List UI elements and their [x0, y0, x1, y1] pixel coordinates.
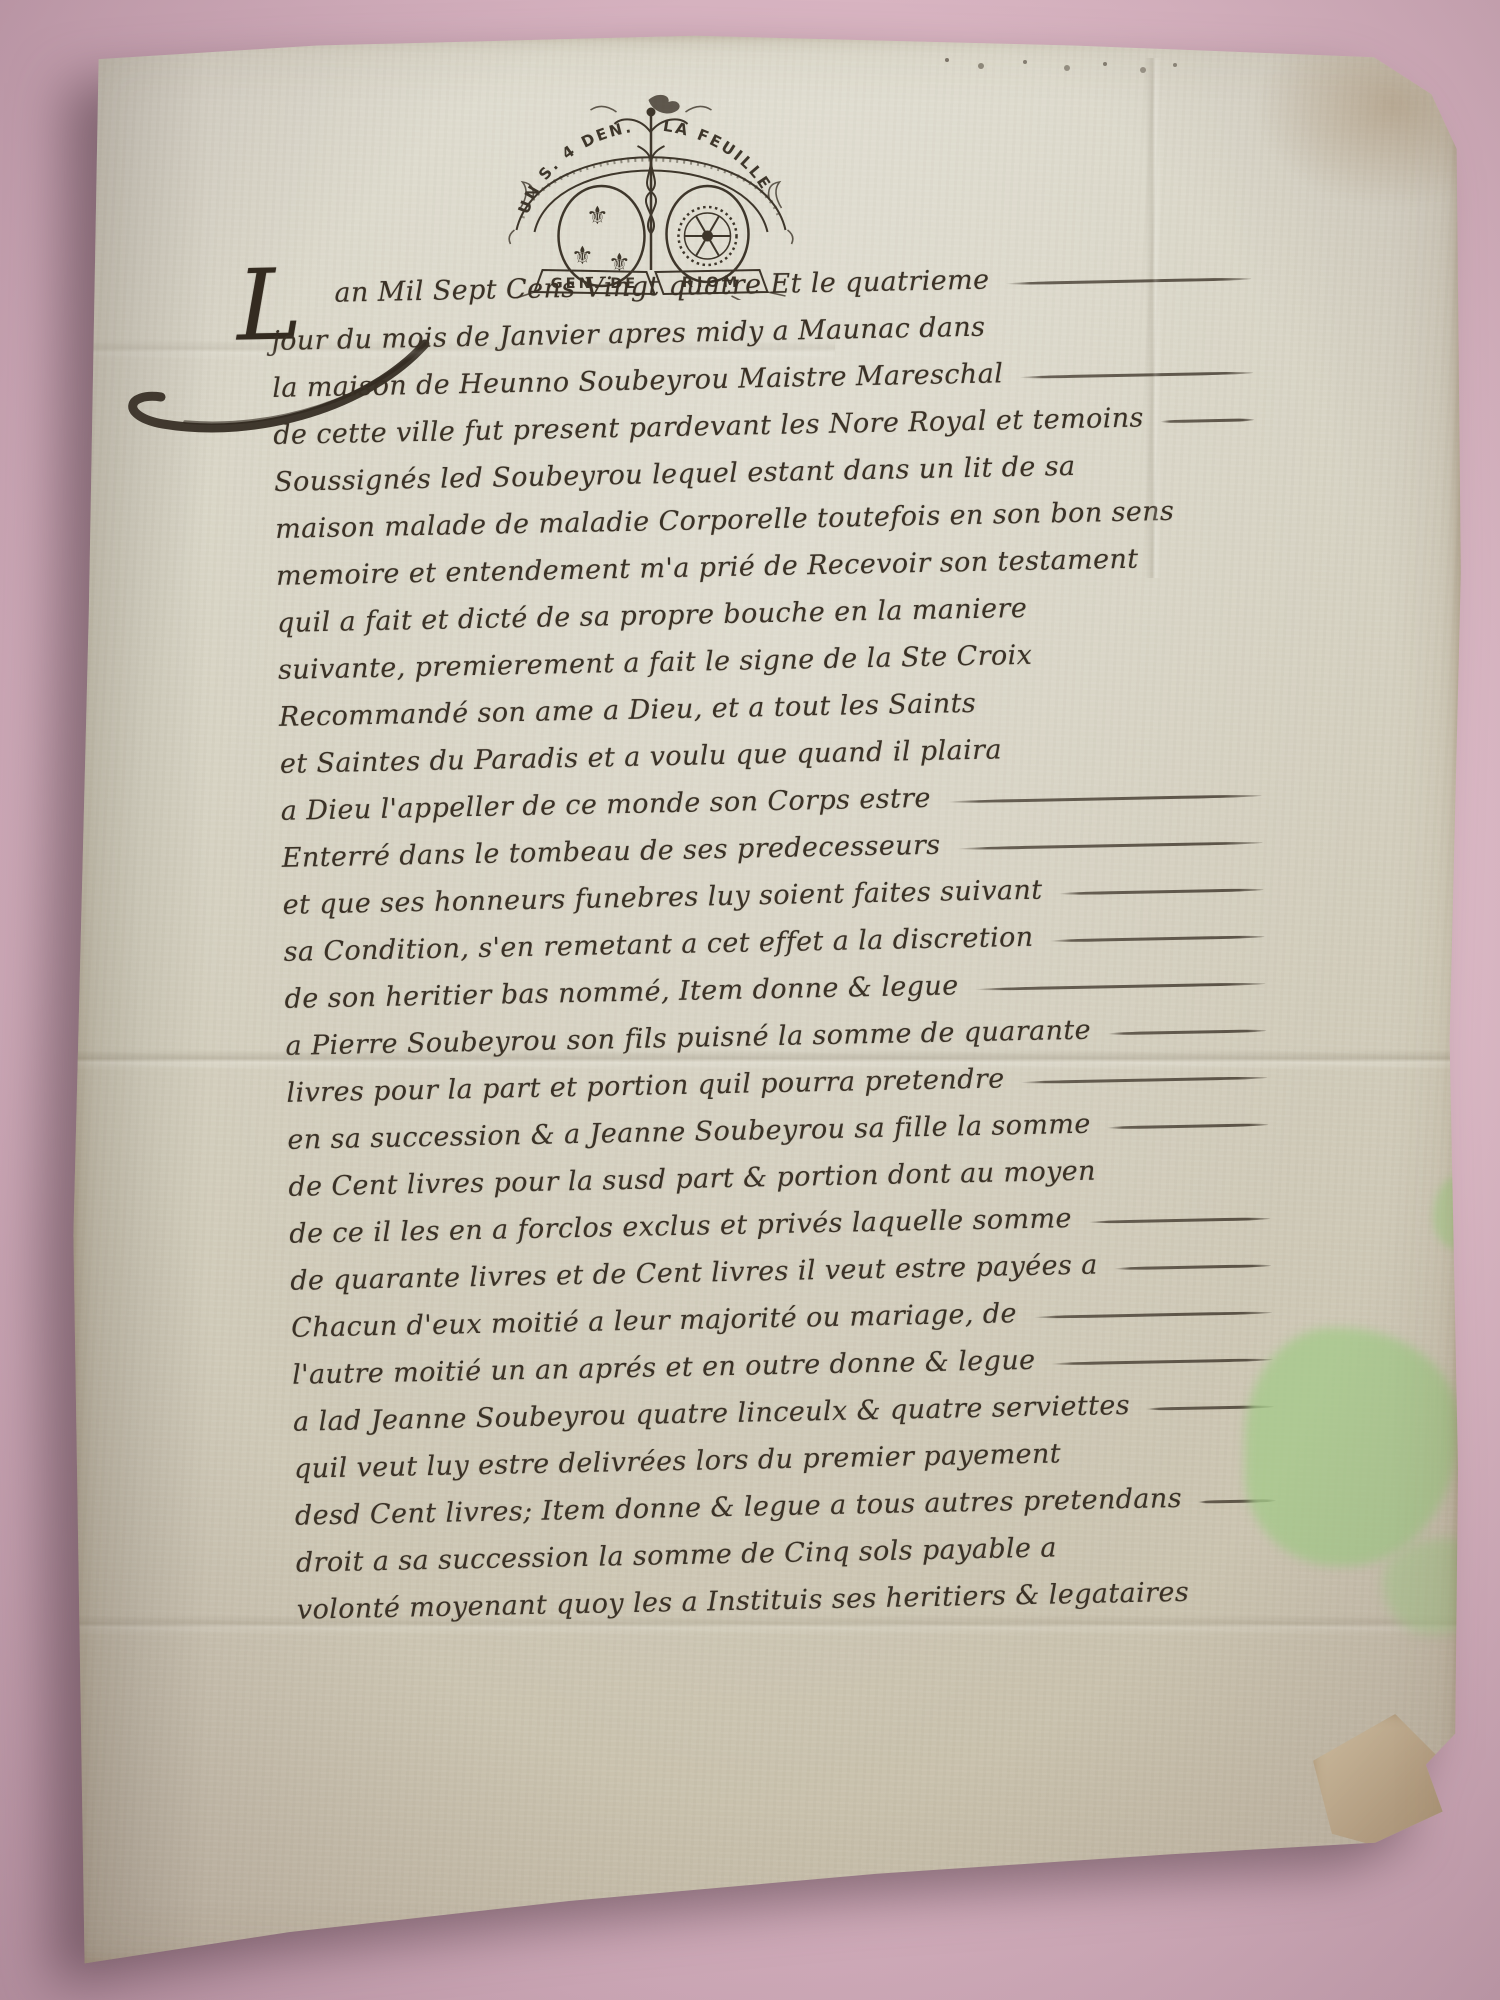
line-end-dash	[1107, 1123, 1269, 1129]
manuscript-text: Lan Mil Sept Cens Vingt quatre Et le qua…	[270, 251, 1282, 1633]
line-end-dash	[1146, 1405, 1274, 1411]
line-end-dash	[1033, 1311, 1272, 1319]
paper-sheet: UN S. 4 DEN. LA FEUILLE ⚜ ⚜ ⚜	[65, 28, 1465, 1975]
torn-corner-flap	[1313, 1714, 1471, 1860]
line-end-dash	[1059, 888, 1264, 895]
bottom-stain	[995, 1873, 1165, 1919]
corner-stain	[1255, 38, 1485, 208]
manuscript-page: UN S. 4 DEN. LA FEUILLE ⚜ ⚜ ⚜	[65, 28, 1465, 1975]
photo-scene: UN S. 4 DEN. LA FEUILLE ⚜ ⚜ ⚜	[0, 0, 1500, 2000]
line-end-dash	[947, 794, 1262, 803]
line-end-dash	[1050, 935, 1265, 942]
line-end-dash	[975, 982, 1266, 991]
line-end-dash	[1198, 1499, 1276, 1504]
edge-speckles	[945, 58, 949, 62]
line-end-dash	[1160, 418, 1254, 423]
line-end-dash	[1021, 1076, 1268, 1084]
line-end-dash	[957, 841, 1263, 850]
stamp-arc-left-text: UN S. 4 DEN.	[515, 118, 635, 217]
svg-text:⚜: ⚜	[586, 201, 608, 230]
green-stain-small	[1433, 1176, 1485, 1250]
line-end-dash	[1114, 1264, 1271, 1270]
left-edge-shading	[65, 28, 255, 1975]
green-stain-tail	[1383, 1538, 1500, 1634]
line-end-dash	[1019, 371, 1253, 379]
line-end-dash	[1107, 1029, 1266, 1035]
line-end-dash	[1006, 277, 1252, 285]
line-end-dash	[1088, 1217, 1270, 1224]
line-end-dash	[1051, 1358, 1273, 1365]
